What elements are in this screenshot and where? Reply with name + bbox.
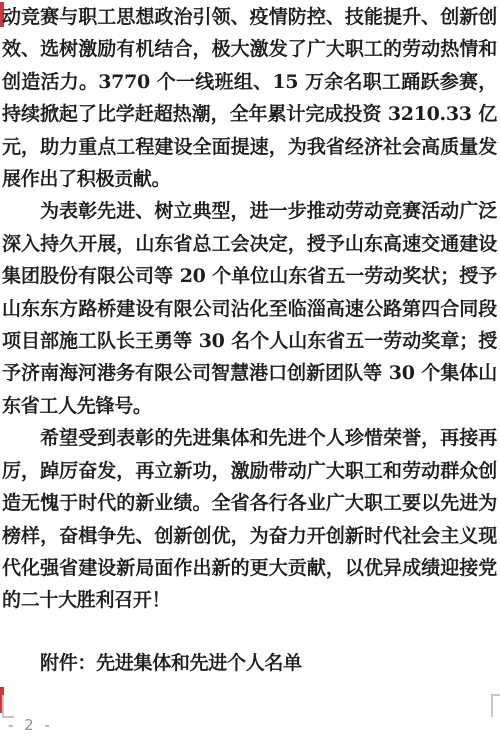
attachment-line: 附件：先进集体和先进个人名单: [2, 647, 497, 679]
document-body: 动竞赛与职工思想政治引领、疫情防控、技能提升、创新创效、选树激励有机结合，极大激…: [2, 1, 497, 679]
paragraph-hope: 希望受到表彰的先进集体和先进个人珍惜荣誉，再接再厉，踔厉奋发，再立新功，激励带动…: [2, 422, 497, 616]
paragraph-continuation: 动竞赛与职工思想政治引领、疫情防控、技能提升、创新创效、选树激励有机结合，极大激…: [2, 1, 497, 195]
paragraph-awards: 为表彰先进、树立典型，进一步推动劳动竞赛活动广泛深入持久开展，山东省总工会决定，…: [2, 195, 497, 422]
page-number: - 2 -: [8, 716, 53, 734]
crop-mark-bottom-right-vertical: [491, 694, 493, 717]
crop-mark-bottom-left-vertical: [2, 695, 4, 717]
document-page: 动竞赛与职工思想政治引领、疫情防控、技能提升、创新创效、选树激励有机结合，极大激…: [0, 0, 500, 742]
